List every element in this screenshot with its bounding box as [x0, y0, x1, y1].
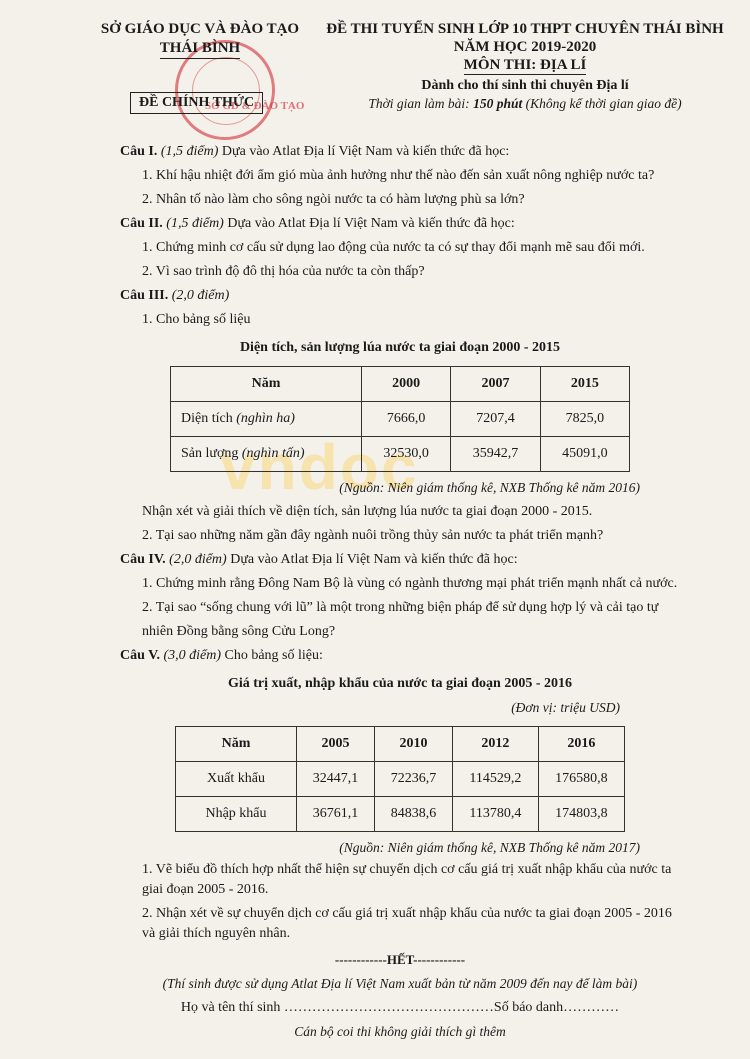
table-row: Sản lượng (nghìn tấn) 32530,0 35942,7 45… [171, 437, 630, 472]
question-3-item-1: 1. Cho bảng số liệu [120, 308, 680, 332]
question-5-item-2: 2. Nhận xét về sự chuyển dịch cơ cấu giá… [120, 904, 680, 944]
question-5: Câu V. (3,0 điểm) Cho bảng số liệu: [120, 644, 680, 668]
issuer-line2: THÁI BÌNH [160, 39, 240, 59]
official-label: ĐỀ CHÍNH THỨC [130, 92, 263, 114]
rice-table-source: (Nguồn: Niên giám thống kê, NXB Thống kê… [120, 476, 680, 500]
trade-table-title: Giá trị xuất, nhập khẩu của nước ta giai… [120, 672, 680, 696]
question-1-item-2: 2. Nhân tố nào làm cho sông ngòi nước ta… [120, 188, 680, 212]
atlas-note: (Thí sinh được sử dụng Atlat Địa lí Việt… [120, 972, 680, 996]
question-3-item-2: 2. Tại sao những năm gần đây ngành nuôi … [120, 524, 680, 548]
question-4-item-1: 1. Chứng minh rằng Đông Nam Bộ là vùng c… [120, 572, 680, 596]
question-5-item-1: 1. Vẽ biểu đồ thích hợp nhất thể hiện sự… [120, 860, 680, 900]
subject: MÔN THI: ĐỊA LÍ [464, 56, 587, 75]
trade-table-source: (Nguồn: Niên giám thống kê, NXB Thống kê… [120, 836, 680, 860]
question-4: Câu IV. (2,0 điểm) Dựa vào Atlat Địa lí … [120, 548, 680, 572]
exam-body: Câu I. (1,5 điểm) Dựa vào Atlat Địa lí V… [120, 140, 680, 1044]
question-3-item-1-task: Nhận xét và giải thích về diện tích, sản… [120, 500, 680, 524]
question-2: Câu II. (1,5 điểm) Dựa vào Atlat Địa lí … [120, 212, 680, 236]
rice-table-title: Diện tích, sản lượng lúa nước ta giai đo… [120, 336, 680, 360]
table-row: Diện tích (nghìn ha) 7666,0 7207,4 7825,… [171, 402, 630, 437]
exam-title: ĐỀ THI TUYỂN SINH LỚP 10 THPT CHUYÊN THÁ… [325, 20, 725, 38]
rice-table: Năm 2000 2007 2015 Diện tích (nghìn ha) … [170, 366, 630, 472]
trade-table: Năm 2005 2010 2012 2016 Xuất khẩu 32447,… [175, 726, 625, 832]
exam-header: ĐỀ THI TUYỂN SINH LỚP 10 THPT CHUYÊN THÁ… [325, 20, 725, 113]
proctor-note: Cán bộ coi thi không giải thích gì thêm [120, 1020, 680, 1044]
question-2-item-1: 1. Chứng minh cơ cấu sử dụng lao động củ… [120, 236, 680, 260]
question-2-item-2: 2. Vì sao trình độ đô thị hóa của nước t… [120, 260, 680, 284]
issuer-header: SỞ GIÁO DỤC VÀ ĐÀO TẠO THÁI BÌNH [90, 20, 310, 59]
for-whom: Dành cho thí sinh thi chuyên Địa lí [325, 77, 725, 95]
trade-table-unit: (Đơn vị: triệu USD) [120, 696, 680, 720]
candidate-info: Họ và tên thí sinh ………………………………………Số báo… [120, 996, 680, 1020]
question-4-item-2: 2. Tại sao “sống chung với lũ” là một tr… [120, 596, 680, 644]
issuer-line1: SỞ GIÁO DỤC VÀ ĐÀO TẠO [90, 20, 310, 39]
table-row: Xuất khẩu 32447,1 72236,7 114529,2 17658… [176, 762, 625, 797]
question-3: Câu III. (2,0 điểm) [120, 284, 680, 308]
table-row: Nhập khẩu 36761,1 84838,6 113780,4 17480… [176, 797, 625, 832]
question-1-item-1: 1. Khí hậu nhiệt đới ẩm gió mùa ảnh hưởn… [120, 164, 680, 188]
end-marker: ------------HẾT------------ [120, 948, 680, 972]
school-year: NĂM HỌC 2019-2020 [325, 38, 725, 56]
time-allowed: Thời gian làm bài: 150 phút (Không kể th… [325, 95, 725, 113]
question-1: Câu I. (1,5 điểm) Dựa vào Atlat Địa lí V… [120, 140, 680, 164]
exam-page: SỞ GD & ĐÀO TẠO SỞ GIÁO DỤC VÀ ĐÀO TẠO T… [0, 0, 750, 1059]
